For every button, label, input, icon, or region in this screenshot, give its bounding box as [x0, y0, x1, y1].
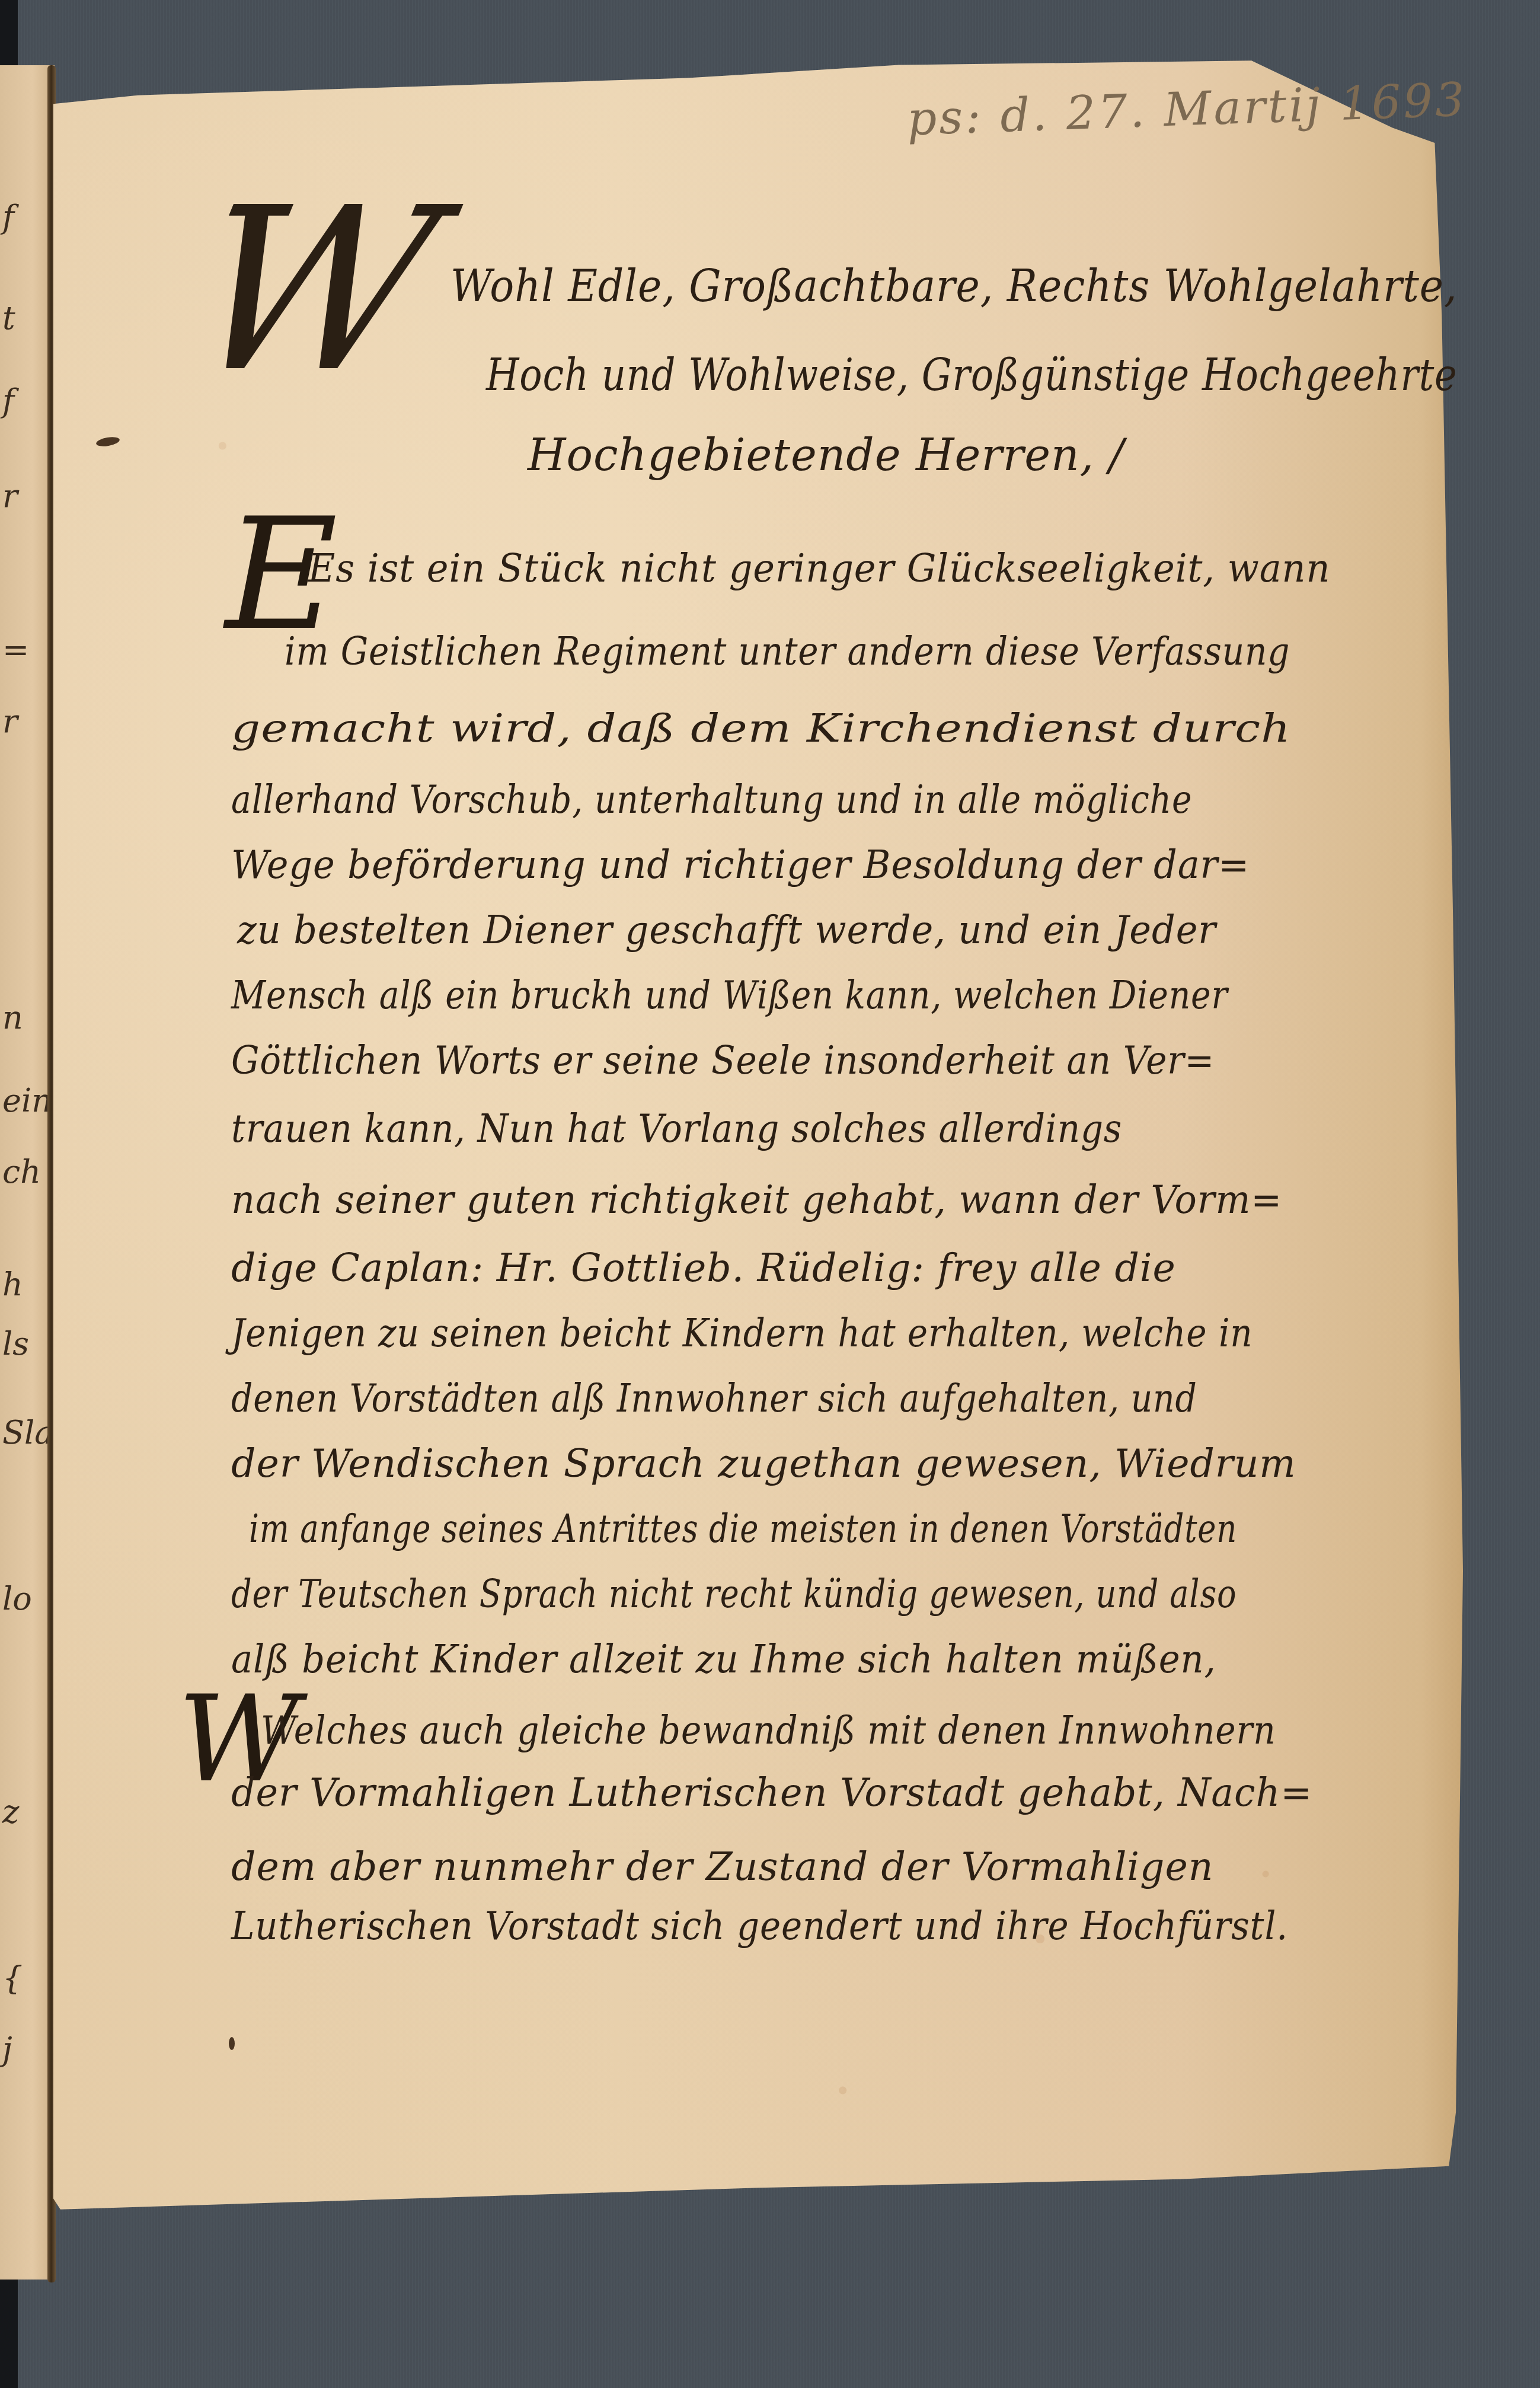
prev-page-fragment: ch [2, 1156, 41, 1188]
body-line: im Geistlichen Regiment unter andern die… [285, 628, 1290, 674]
prev-page-fragment: Sla [2, 1417, 53, 1449]
body-line: denen Vorstädten alß Innwohner sich aufg… [231, 1375, 1197, 1421]
body-line: Göttlichen Worts er seine Seele insonder… [231, 1037, 1215, 1083]
body-line: Jenigen zu seinen beicht Kindern hat erh… [231, 1310, 1253, 1356]
salutation-line-1: Wohl Edle, Großachtbare, Rechts Wohlgela… [451, 261, 1458, 312]
prev-page-fragment: = [2, 634, 29, 666]
prev-page-fragment: ls [2, 1328, 29, 1360]
prev-page-fragment: { [2, 1962, 23, 1994]
body-line: trauen kann, Nun hat Vorlang solches all… [231, 1106, 1122, 1151]
prev-page-fragment: n [2, 1002, 23, 1034]
prev-page-fragment: t [2, 302, 15, 334]
ink-blot [229, 2037, 235, 2050]
body-line: Wege beförderung und richtiger Besoldung… [231, 842, 1250, 887]
prev-page-fragment: r [2, 705, 18, 738]
body-line: der Wendischen Sprach zugethan gewesen, … [231, 1441, 1296, 1486]
prev-page-fragment: f [2, 202, 14, 234]
body-line: im anfange seines Antrittes die meisten … [249, 1506, 1237, 1551]
body-line: zu bestelten Diener geschafft werde, und… [237, 907, 1216, 953]
previous-page-edge: f t f r = r n ein ch h ls Sla lo z { j [0, 65, 55, 2280]
body-line: allerhand Vorschub, unterhaltung und in … [231, 777, 1192, 822]
body-line: der Teutschen Sprach nicht recht kündig … [231, 1571, 1237, 1617]
prev-page-fragment: f [2, 385, 14, 417]
salutation-line-2: Hoch und Wohlweise, Großgünstige Hochgee… [486, 350, 1458, 401]
body-line: Es ist ein Stück nicht geringer Glücksee… [308, 545, 1330, 591]
prev-page-fragment: r [2, 480, 18, 512]
body-line: dem aber nunmehr der Zustand der Vormahl… [231, 1844, 1213, 1889]
salutation-line-3: Hochgebietende Herren, / [528, 430, 1124, 481]
prev-page-fragment: ein [2, 1085, 52, 1117]
prev-page-fragment: h [2, 1269, 23, 1301]
prev-page-fragment: z [2, 1796, 19, 1828]
body-line: nach seiner guten richtigkeit gehabt, wa… [231, 1177, 1282, 1222]
body-line: alß beicht Kinder allzeit zu Ihme sich h… [231, 1636, 1216, 1682]
body-line: gemacht wird, daß dem Kirchendienst durc… [231, 705, 1291, 751]
body-line: dige Caplan: Hr. Gottlieb. Rüdelig: frey… [231, 1245, 1176, 1291]
prev-page-fragment: lo [2, 1583, 32, 1615]
body-line: Welches auch gleiche bewandniß mit denen… [261, 1707, 1276, 1753]
body-line: Lutherischen Vorstadt sich geendert und … [231, 1903, 1288, 1949]
prev-page-fragment: j [2, 2033, 12, 2065]
body-line: Mensch alß ein bruckh und Wißen kann, we… [231, 972, 1228, 1018]
body-line: der Vormahligen Lutherischen Vorstadt ge… [231, 1770, 1312, 1815]
